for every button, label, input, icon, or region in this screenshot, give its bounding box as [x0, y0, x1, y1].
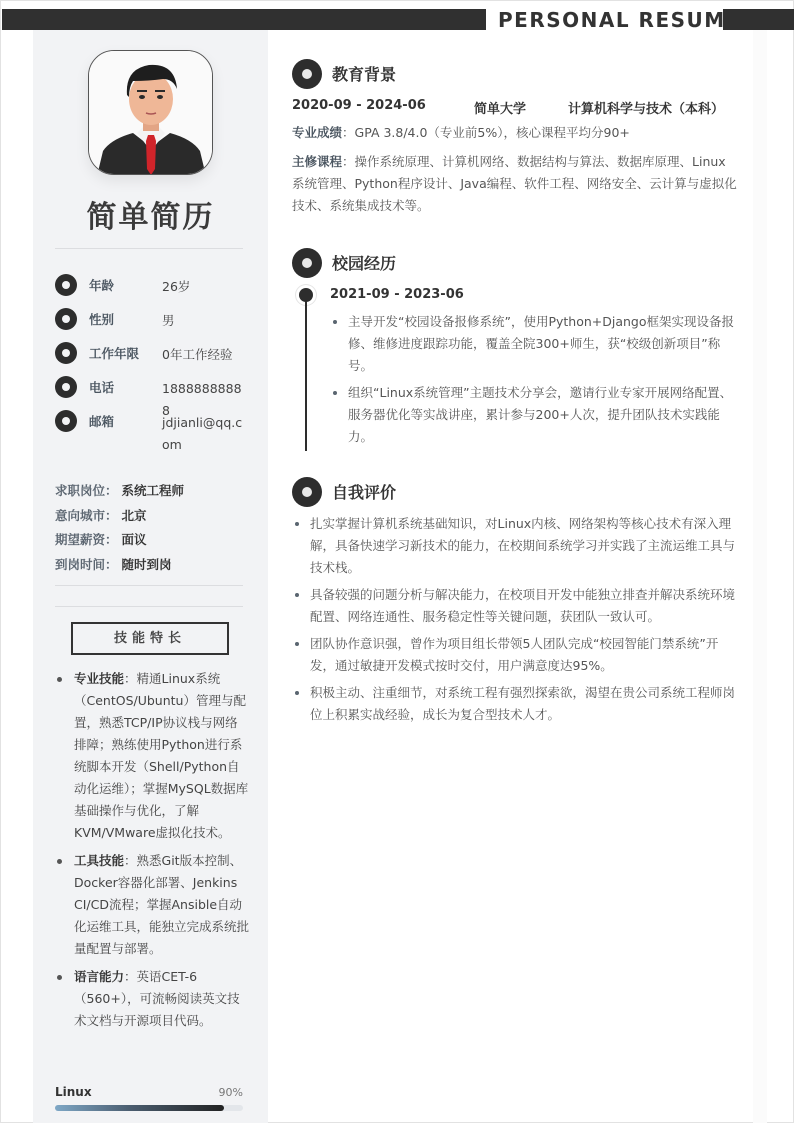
candidate-name: 简单简历 [33, 192, 268, 236]
campus-period: 2021-09 - 2023-06 [330, 287, 464, 302]
timeline-dot-icon [299, 288, 313, 302]
bullet-ring-icon [55, 308, 77, 330]
bullet-ring-icon [55, 274, 77, 296]
intent-value: 面议 [122, 532, 147, 547]
bullet-ring-icon [55, 410, 77, 432]
courses-text: ：操作系统原理、计算机网络、数据结构与算法、数据库原理、Linux系统管理、Py… [292, 154, 737, 213]
skill-item: 专业技能：精通Linux系统（CentOS/Ubuntu）管理与配置，熟悉TCP… [55, 668, 250, 844]
info-row-email: 邮箱 jdjianli@qq.com [55, 410, 255, 434]
skill-text: ：精通Linux系统（CentOS/Ubuntu）管理与配置，熟悉TCP/IP协… [74, 671, 248, 840]
skill-progress-bar [55, 1105, 243, 1111]
info-row-age: 年龄 26岁 [55, 274, 255, 298]
intent-value: 随时到岗 [122, 557, 172, 572]
email-value: jdjianli@qq.com [162, 412, 246, 456]
skill-text: ：熟悉Git版本控制、Docker容器化部署、Jenkins CI/CD流程；掌… [74, 853, 249, 956]
skill-item: 语言能力：英语CET-6（560+），可流畅阅读英文技术文档与开源项目代码。 [55, 966, 250, 1032]
section-ring-icon [292, 248, 322, 278]
grades-text: ：GPA 3.8/4.0（专业前5%），核心课程平均分90+ [342, 125, 630, 140]
avatar [88, 50, 213, 175]
intent-label: 意向城市： [55, 508, 118, 523]
intent-availability: 到岗时间：随时到岗 [55, 555, 172, 573]
grades-label: 专业成绩 [292, 125, 342, 140]
divider [55, 585, 243, 586]
intent-label: 到岗时间： [55, 557, 118, 572]
info-row-phone: 电话 18888888888 [55, 376, 255, 400]
info-value: 26岁 [162, 276, 246, 298]
skill-key: 工具技能 [74, 853, 124, 868]
intent-value: 北京 [122, 508, 147, 523]
education-major: 计算机科学与技术（本科） [568, 98, 724, 117]
education-courses: 主修课程：操作系统原理、计算机网络、数据结构与算法、数据库原理、Linux系统管… [292, 151, 737, 217]
section-ring-icon [292, 59, 322, 89]
self-eval-item: 扎实掌握计算机系统基础知识，对Linux内核、网络架构等核心技术有深入理解，具备… [293, 513, 738, 579]
info-value: 男 [162, 310, 246, 332]
divider [55, 248, 243, 249]
self-eval-item: 具备较强的问题分析与解决能力，在校项目开发中能独立排查并解决系统环境配置、网络连… [293, 584, 738, 628]
education-period: 2020-09 - 2024-06 [292, 98, 426, 113]
section-ring-icon [292, 477, 322, 507]
skills-heading: 技能特长 [71, 622, 229, 655]
sidebar: 简单简历 年龄 26岁 性别 男 工作年限 0年工作经验 电话 18888888… [33, 30, 268, 1123]
section-title: 自我评价 [332, 480, 396, 503]
info-label: 性别 [89, 310, 114, 328]
campus-list: 主导开发“校园设备报修系统”，使用Python+Django框架实现设备报修、维… [331, 311, 736, 453]
timeline-line [305, 301, 307, 451]
bullet-ring-icon [55, 376, 77, 398]
skill-key: 专业技能 [74, 671, 124, 686]
education-grades: 专业成绩：GPA 3.8/4.0（专业前5%），核心课程平均分90+ [292, 122, 737, 144]
self-eval-list: 扎实掌握计算机系统基础知识，对Linux内核、网络架构等核心技术有深入理解，具备… [293, 513, 738, 731]
intent-label: 期望薪资： [55, 532, 118, 547]
section-title: 教育背景 [332, 62, 396, 85]
main-edge-shade [753, 30, 767, 1123]
resume-title: PERSONAL RESUME [498, 7, 741, 33]
skill-key: 语言能力 [74, 969, 124, 984]
intent-city: 意向城市：北京 [55, 506, 147, 524]
resume-page: PERSONAL RESUME [0, 0, 794, 1123]
skill-bar-percent: 90% [213, 1086, 243, 1099]
skill-bar-label: Linux [55, 1085, 92, 1099]
section-title: 校园经历 [332, 251, 396, 274]
info-label: 工作年限 [89, 344, 139, 362]
info-value: 0年工作经验 [162, 344, 246, 366]
header-bar-left [2, 9, 486, 30]
info-label: 年龄 [89, 276, 114, 294]
intent-position: 求职岗位：系统工程师 [55, 481, 184, 499]
skill-progress-fill [55, 1105, 224, 1111]
skill-item: 工具技能：熟悉Git版本控制、Docker容器化部署、Jenkins CI/CD… [55, 850, 250, 960]
education-summary: 2020-09 - 2024-06 简单大学 计算机科学与技术（本科） [292, 98, 737, 118]
courses-label: 主修课程 [292, 154, 342, 169]
divider [55, 606, 243, 607]
skills-list: 专业技能：精通Linux系统（CentOS/Ubuntu）管理与配置，熟悉TCP… [55, 668, 250, 1038]
self-eval-item: 积极主动、注重细节，对系统工程有强烈探索欲，渴望在贵公司系统工程师岗位上积累实战… [293, 682, 738, 726]
campus-item: 组织“Linux系统管理”主题技术分享会，邀请行业专家开展网络配置、服务器优化等… [331, 382, 736, 448]
intent-label: 求职岗位： [55, 483, 118, 498]
bullet-ring-icon [55, 342, 77, 364]
info-row-gender: 性别 男 [55, 308, 255, 332]
education-school: 简单大学 [474, 98, 526, 117]
info-label: 电话 [89, 378, 114, 396]
intent-salary: 期望薪资：面议 [55, 530, 147, 548]
self-eval-item: 团队协作意识强，曾作为项目组长带领5人团队完成“校园智能门禁系统”开发，通过敏捷… [293, 633, 738, 677]
info-row-experience: 工作年限 0年工作经验 [55, 342, 255, 366]
header-bar-right [723, 9, 794, 30]
avatar-portrait-icon [89, 51, 213, 175]
intent-value: 系统工程师 [122, 483, 185, 498]
campus-item: 主导开发“校园设备报修系统”，使用Python+Django框架实现设备报修、维… [331, 311, 736, 377]
info-label: 邮箱 [89, 412, 114, 430]
